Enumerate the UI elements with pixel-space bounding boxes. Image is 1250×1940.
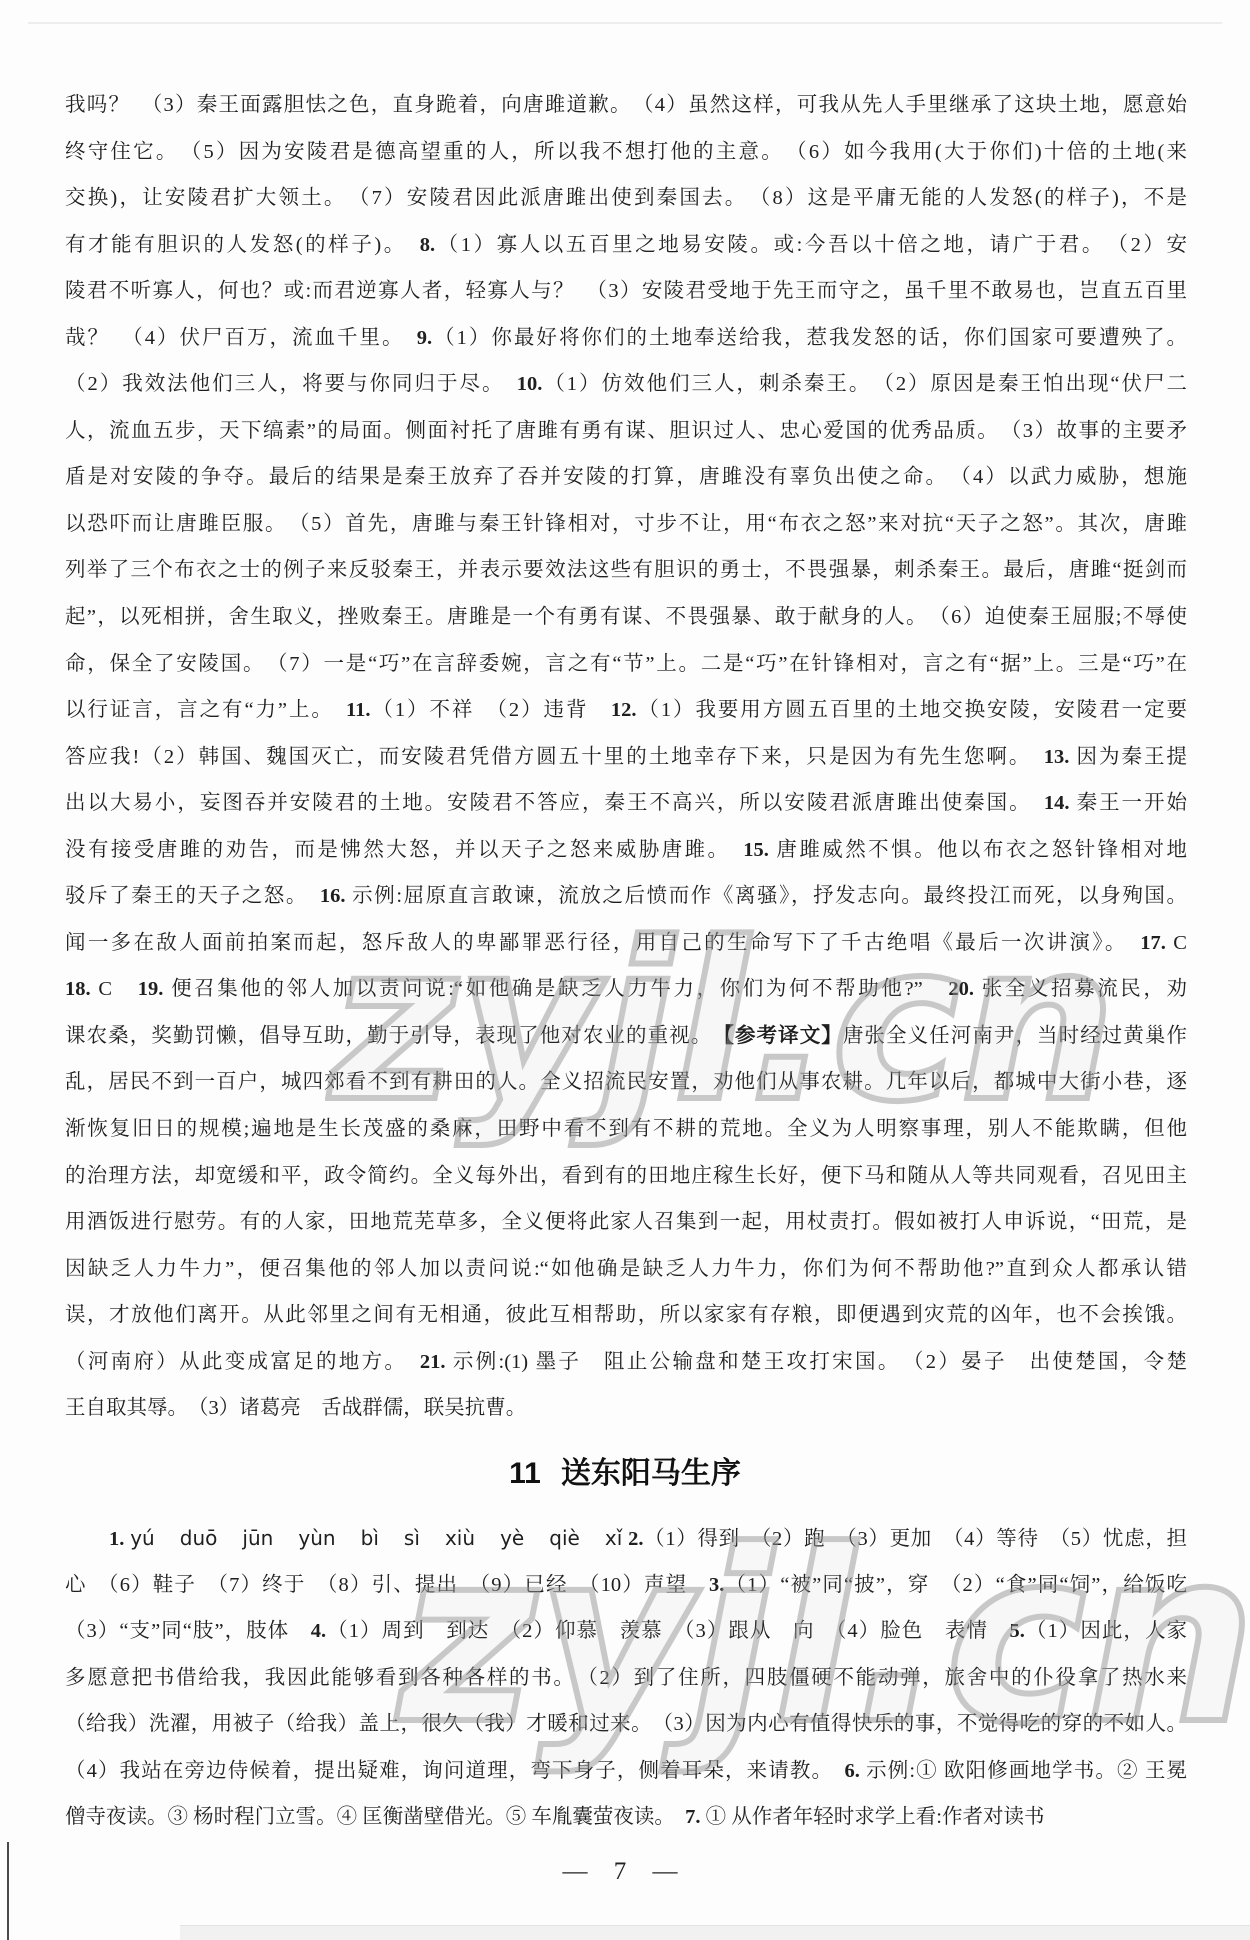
answer-text: 答应我!（2）韩国、魏国灭亡，而安陵君凭借方圆五十里的土地幸存下来，只是因为有先…	[65, 746, 1044, 768]
answer-text: 终守住它。 （5）因为安陵君是德高望重的人，所以我不想打他的主意。 （6）如今我…	[65, 141, 1187, 163]
answer-number: 19.	[138, 978, 164, 1000]
answer-number: 7.	[685, 1806, 700, 1828]
text-line: 因缺乏人力牛力”，便召集他的邻人加以责问说:“如他确是缺乏人力牛力，你们为何不帮…	[65, 1246, 1187, 1293]
answer-text: 哉？ （4）伏尸百万，流血千里。	[65, 327, 417, 349]
answer-text: 多愿意把书借给我，我因此能够看到各种各样的书。 （2）到了住所，四肢僵硬不能动弹…	[65, 1667, 1187, 1689]
top-rule-divider	[28, 22, 1222, 24]
text-line: 有才能有胆识的人发怒(的样子)。 8.（1）寡人以五百里之地易安陵。或:今吾以十…	[65, 222, 1187, 269]
text-line: 僧寺夜读。③ 杨时程门立雪。④ 匡衡凿壁借光。⑤ 车胤囊萤夜读。 7. ① 从作…	[65, 1794, 1187, 1841]
text-line: 多愿意把书借给我，我因此能够看到各种各样的书。 （2）到了住所，四肢僵硬不能动弹…	[65, 1655, 1187, 1702]
lesson-number: 11	[509, 1457, 541, 1490]
text-line: 出以大易小，妄图吞并安陵君的土地。安陵君不答应，秦王不高兴，所以安陵君派唐雎出使…	[65, 780, 1187, 827]
answer-text: （3）“支”同“肢”，肢体	[65, 1620, 311, 1642]
answer-text: （给我）洗濯，用被子（给我）盖上，很久（我）才暖和过来。 （3）因为内心有值得快…	[65, 1713, 1187, 1735]
answer-text: （1）得到 （2）跑 （3）更加 （4）等待 （5）忧虑，担	[643, 1528, 1187, 1550]
answer-text: 列举了三个布衣之士的例子来反驳秦王，并表示要效法这些有胆识的勇士，不畏强暴，刺杀…	[65, 559, 1187, 581]
answer-text: 示例:① 欧阳修画地学书。② 王冕	[860, 1760, 1187, 1782]
answer-number: 15.	[743, 839, 769, 861]
text-line: 陵君不听寡人，何也？或:而君逆寡人者，轻寡人与？ （3）安陵君受地于先王而守之，…	[65, 268, 1187, 315]
answer-number: 12.	[611, 699, 637, 721]
answers-block-lesson10: 我吗？ （3）秦王面露胆怯之色，直身跪着，向唐雎道歉。 （4）虽然这样，可我从先…	[65, 82, 1187, 1432]
answer-number: 14.	[1044, 792, 1070, 814]
lesson-heading: 11送东阳马生序	[0, 1448, 1250, 1492]
answer-number: 11.	[346, 699, 371, 721]
answer-number: 13.	[1044, 746, 1070, 768]
answer-text: （1）仿效他们三人，刺杀秦王。 （2）原因是秦王怕出现“伏尸二	[542, 373, 1187, 395]
answer-text: 僧寺夜读。③ 杨时程门立雪。④ 匡衡凿壁借光。⑤ 车胤囊萤夜读。	[65, 1806, 685, 1828]
scan-edge-artifact	[7, 1842, 9, 1940]
answer-text: 乱，居民不到一百户，城四郊看不到有耕田的人。全义招流民安置，劝他们从事农耕。几年…	[65, 1071, 1187, 1093]
answer-text: 秦王一开始	[1069, 792, 1187, 814]
answer-text: 因缺乏人力牛力”，便召集他的邻人加以责问说:“如他确是缺乏人力牛力，你们为何不帮…	[65, 1258, 1187, 1280]
answer-text: 盾是对安陵的争夺。最后的结果是秦王放弃了吞并安陵的打算，唐雎没有辜负出使之命。 …	[65, 466, 1187, 488]
answer-text: C	[1166, 932, 1187, 954]
answer-number: 2.	[628, 1528, 643, 1550]
text-line: 闻一多在敌人面前拍案而起，怒斥敌人的卑鄙罪恶行径，用自己的生命写下了千古绝唱《最…	[65, 920, 1187, 967]
text-line: 哉？ （4）伏尸百万，流血千里。 9.（1）你最好将你们的土地奉送给我，惹我发怒…	[65, 315, 1187, 362]
text-line: 1. yú duō jūn yùn bì sì xiù yè qiè xǐ 2.…	[65, 1515, 1187, 1562]
text-line: 没有接受唐雎的劝告，而是怫然大怒，并以天子之怒来威胁唐雎。 15. 唐雎威然不惧…	[65, 827, 1187, 874]
text-line: 乱，居民不到一百户，城四郊看不到有耕田的人。全义招流民安置，劝他们从事农耕。几年…	[65, 1059, 1187, 1106]
answer-text: 以行证言，言之有“力”上。	[65, 699, 346, 721]
answer-text: 闻一多在敌人面前拍案而起，怒斥敌人的卑鄙罪恶行径，用自己的生命写下了千古绝唱《最…	[65, 932, 1140, 954]
answer-text: （1）不祥 （2）违背	[370, 699, 610, 721]
answer-text: 陵君不听寡人，何也？或:而君逆寡人者，轻寡人与？ （3）安陵君受地于先王而守之，…	[65, 280, 1187, 302]
answer-text: C	[91, 978, 138, 1000]
answer-text: 以恐吓而让唐雎臣服。 （5）首先，唐雎与秦王针锋相对，寸步不让，用“布衣之怒”来…	[65, 513, 1187, 535]
answer-text: （2）我效法他们三人，将要与你同归于尽。	[65, 373, 517, 395]
text-line: 终守住它。 （5）因为安陵君是德高望重的人，所以我不想打他的主意。 （6）如今我…	[65, 129, 1187, 176]
answer-text: （4）我站在旁边侍候着，提出疑难，询问道理，弯下身子，侧着耳朵，来请教。	[65, 1760, 844, 1782]
text-line: （2）我效法他们三人，将要与你同归于尽。 10.（1）仿效他们三人，刺杀秦王。 …	[65, 361, 1187, 408]
answer-text: 王自取其辱。 （3）诸葛亮 舌战群儒，联吴抗曹。	[65, 1397, 526, 1419]
answer-number: 9.	[417, 327, 432, 349]
answer-text: （1）我要用方圆五百里的土地交换安陵，安陵君一定要	[636, 699, 1187, 721]
pinyin-answer: yú duō jūn yùn bì sì xiù yè qiè xǐ	[130, 1526, 622, 1550]
answer-text: 没有接受唐雎的劝告，而是怫然大怒，并以天子之怒来威胁唐雎。	[65, 839, 743, 861]
text-line: 王自取其辱。 （3）诸葛亮 舌战群儒，联吴抗曹。	[65, 1385, 1187, 1432]
answer-text: 误，才放他们离开。从此邻里之间有无相通，彼此互相帮助，所以家家有存粮，即便遇到灾…	[65, 1304, 1187, 1326]
answer-text: ① 从作者年轻时求学上看:作者对读书	[701, 1806, 1045, 1828]
answer-text: 出以大易小，妄图吞并安陵君的土地。安陵君不答应，秦王不高兴，所以安陵君派唐雎出使…	[65, 792, 1044, 814]
text-line: （3）“支”同“肢”，肢体 4.（1）周到 到达 （2）仰慕 羡慕 （3）跟从 …	[65, 1608, 1187, 1655]
text-line: 以行证言，言之有“力”上。 11.（1）不祥 （2）违背 12.（1）我要用方圆…	[65, 687, 1187, 734]
answer-text: 示例:(1) 墨子 阻止公输盘和楚王攻打宋国。 （2）晏子 出使楚国，令楚	[445, 1351, 1187, 1373]
text-line: 命，保全了安陵国。 （7）一是“巧”在言辞委婉，言之有“节”上。二是“巧”在针锋…	[65, 641, 1187, 688]
answers-block-lesson11: 1. yú duō jūn yùn bì sì xiù yè qiè xǐ 2.…	[65, 1515, 1187, 1841]
answer-text: 渐恢复旧日的规模;遍地是生长茂盛的桑麻，田野中看不到有不耕的荒地。全义为人明察事…	[65, 1118, 1187, 1140]
answer-text: 唐雎威然不惧。他以布衣之怒针锋相对地	[769, 839, 1187, 861]
text-line: 交换)，让安陵君扩大领土。 （7）安陵君因此派唐雎出使到秦国去。 （8）这是平庸…	[65, 175, 1187, 222]
answer-number: 10.	[517, 373, 543, 395]
text-line: 人，流血五步，天下缟素”的局面。侧面衬托了唐雎有勇有谋、胆识过人、忠心爱国的优秀…	[65, 408, 1187, 455]
text-line: 起”，以死相拼，舍生取义，挫败秦王。唐雎是一个有勇有谋、不畏强暴、敢于献身的人。…	[65, 594, 1187, 641]
answer-text: （河南府）从此变成富足的地方。	[65, 1351, 420, 1373]
answer-text: （1）因此，人家	[1025, 1620, 1187, 1642]
answer-number: 6.	[844, 1760, 859, 1782]
answer-text: 驳斥了秦王的天子之怒。	[65, 885, 320, 907]
answer-number: 18.	[65, 978, 91, 1000]
answer-number: 1.	[109, 1528, 124, 1550]
answer-text: 起”，以死相拼，舍生取义，挫败秦王。唐雎是一个有勇有谋、不畏强暴、敢于献身的人。…	[65, 606, 1187, 628]
text-line: （给我）洗濯，用被子（给我）盖上，很久（我）才暖和过来。 （3）因为内心有值得快…	[65, 1701, 1187, 1748]
text-line: 以恐吓而让唐雎臣服。 （5）首先，唐雎与秦王针锋相对，寸步不让，用“布衣之怒”来…	[65, 501, 1187, 548]
text-line: 列举了三个布衣之士的例子来反驳秦王，并表示要效法这些有胆识的勇士，不畏强暴，刺杀…	[65, 547, 1187, 594]
text-line: （4）我站在旁边侍候着，提出疑难，询问道理，弯下身子，侧着耳朵，来请教。 6. …	[65, 1748, 1187, 1795]
answer-number: 5.	[1010, 1620, 1025, 1642]
answer-number: 20.	[948, 978, 974, 1000]
answer-text: 的治理方法，却宽缓和平，政令简约。全义每外出，看到有的田地庄稼生长好，便下马和随…	[65, 1165, 1187, 1187]
answer-text: 用酒饭进行慰劳。有的人家，田地荒芜草多，全义便将此家人召集到一起，用杖责打。假如…	[65, 1211, 1187, 1233]
answer-text: （1）寡人以五百里之地易安陵。或:今吾以十倍之地，请广于君。 （2）安	[435, 234, 1187, 256]
answer-text: （1）“被”同“披”，穿 （2）“食”同“饲”，给饭吃	[724, 1574, 1187, 1596]
text-line: 驳斥了秦王的天子之怒。 16. 示例:屈原直言敢谏，流放之后愤而作《离骚》，抒发…	[65, 873, 1187, 920]
answer-number: 4.	[311, 1620, 326, 1642]
answer-text: 唐张全义任河南尹，当时经过黄巢作	[843, 1025, 1187, 1047]
page-number: — 7 —	[0, 1858, 1250, 1886]
scan-edge-artifact	[180, 1925, 1250, 1940]
answer-text: （1）周到 到达 （2）仰慕 羡慕 （3）跟从 向 （4）脸色 表情	[326, 1620, 1009, 1642]
answer-text: 示例:屈原直言敢谏，流放之后愤而作《离骚》，抒发志向。最终投江而死，以身殉国。	[345, 885, 1187, 907]
workbook-page: 我吗？ （3）秦王面露胆怯之色，直身跪着，向唐雎道歉。 （4）虽然这样，可我从先…	[0, 0, 1250, 1940]
answer-text: 课农桑，奖勤罚懒，倡导互助，勤于引导，表现了他对农业的重视。	[65, 1025, 724, 1047]
lesson-title: 送东阳马生序	[561, 1457, 741, 1490]
answer-text: 心 （6）鞋子 （7）终于 （8）引、提出 （9）已经 （10）声望	[65, 1574, 709, 1596]
answer-number: 3.	[709, 1574, 724, 1596]
answer-text: 有才能有胆识的人发怒(的样子)。	[65, 234, 420, 256]
answer-text: 命，保全了安陵国。 （7）一是“巧”在言辞委婉，言之有“节”上。二是“巧”在针锋…	[65, 653, 1187, 675]
answer-text: 因为秦王提	[1069, 746, 1187, 768]
answer-number: 16.	[320, 885, 346, 907]
answer-number: 8.	[420, 234, 435, 256]
answer-text: 人，流血五步，天下缟素”的局面。侧面衬托了唐雎有勇有谋、胆识过人、忠心爱国的优秀…	[65, 420, 1187, 442]
text-line: （河南府）从此变成富足的地方。 21. 示例:(1) 墨子 阻止公输盘和楚王攻打…	[65, 1339, 1187, 1386]
text-line: 我吗？ （3）秦王面露胆怯之色，直身跪着，向唐雎道歉。 （4）虽然这样，可我从先…	[65, 82, 1187, 129]
answer-text: （1）你最好将你们的土地奉送给我，惹我发怒的话，你们国家可要遭殃了。	[432, 327, 1187, 349]
text-line: 的治理方法，却宽缓和平，政令简约。全义每外出，看到有的田地庄稼生长好，便下马和随…	[65, 1153, 1187, 1200]
text-line: 18. C 19. 便召集他的邻人加以责问说:“如他确是缺乏人力牛力，你们为何不…	[65, 966, 1187, 1013]
text-line: 用酒饭进行慰劳。有的人家，田地荒芜草多，全义便将此家人召集到一起，用杖责打。假如…	[65, 1199, 1187, 1246]
text-line: 心 （6）鞋子 （7）终于 （8）引、提出 （9）已经 （10）声望 3.（1）…	[65, 1562, 1187, 1609]
answer-number: 21.	[420, 1351, 446, 1373]
answer-text: 我吗？ （3）秦王面露胆怯之色，直身跪着，向唐雎道歉。 （4）虽然这样，可我从先…	[65, 94, 1187, 116]
answer-text: 张全义招募流民，劝	[974, 978, 1187, 1000]
text-line: 课农桑，奖勤罚懒，倡导互助，勤于引导，表现了他对农业的重视。 【参考译文】唐张全…	[65, 1013, 1187, 1060]
text-line: 盾是对安陵的争夺。最后的结果是秦王放弃了吞并安陵的打算，唐雎没有辜负出使之命。 …	[65, 454, 1187, 501]
answer-number: 17.	[1140, 932, 1166, 954]
answer-text: 交换)，让安陵君扩大领土。 （7）安陵君因此派唐雎出使到秦国去。 （8）这是平庸…	[65, 187, 1187, 209]
text-line: 误，才放他们离开。从此邻里之间有无相通，彼此互相帮助，所以家家有存粮，即便遇到灾…	[65, 1292, 1187, 1339]
text-line: 答应我!（2）韩国、魏国灭亡，而安陵君凭借方圆五十里的土地幸存下来，只是因为有先…	[65, 734, 1187, 781]
answer-number: 【参考译文】	[724, 1025, 843, 1047]
text-line: 渐恢复旧日的规模;遍地是生长茂盛的桑麻，田野中看不到有不耕的荒地。全义为人明察事…	[65, 1106, 1187, 1153]
answer-text: 便召集他的邻人加以责问说:“如他确是缺乏人力牛力，你们为何不帮助他?”	[163, 978, 948, 1000]
